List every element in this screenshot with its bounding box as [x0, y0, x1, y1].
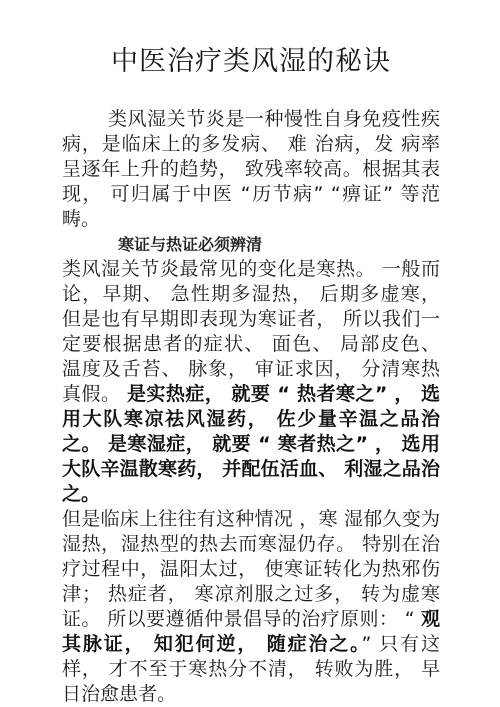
document-page: 中医治疗类风湿的秘诀 类风湿关节炎是一种慢性自身免疫性疾病，是临床上的多发病、 … — [0, 0, 500, 707]
paragraph: 但是临床上往往有这种情况 ，寒 湿郁久变为湿热，湿热型的热去而寒湿仍存。 特别在… — [62, 507, 440, 707]
paragraph: 类风湿关节炎是一种慢性自身免疫性疾病，是临床上的多发病、 难 治病，发 病率呈逐… — [62, 107, 440, 232]
paragraph: 类风湿关节炎最常见的变化是寒热。 一般而论，早期、 急性期多湿热， 后期多虚寒，… — [62, 257, 440, 507]
document-body: 类风湿关节炎是一种慢性自身免疫性疾病，是临床上的多发病、 难 治病，发 病率呈逐… — [62, 107, 440, 707]
text-segment: 类风湿关节炎是一种慢性自身免疫性疾病，是临床上的多发病、 难 治病，发 病率呈逐… — [62, 108, 440, 230]
text-segment: 但是临床上往往有这种情况 ，寒 湿郁久变为湿热，湿热型的热去而寒湿仍存。 特别在… — [62, 508, 440, 630]
section-subheading: 寒证与热证必须辨清 — [62, 232, 440, 257]
document-title: 中医治疗类风湿的秘诀 — [62, 44, 440, 80]
